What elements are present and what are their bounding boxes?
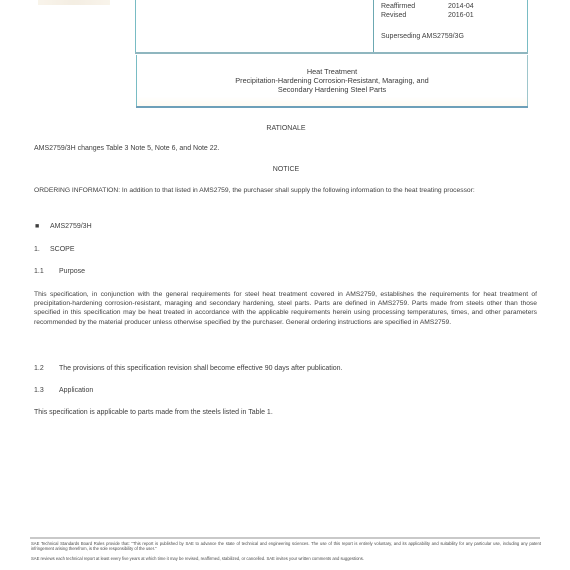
reaffirmed-label: Reaffirmed bbox=[381, 2, 415, 11]
application-text: This specification is applicable to part… bbox=[34, 408, 273, 417]
rationale-heading: RATIONALE bbox=[30, 124, 542, 133]
rationale-text: AMS2759/3H changes Table 3 Note 5, Note … bbox=[34, 144, 220, 153]
section-1-2-text: The provisions of this specification rev… bbox=[59, 364, 343, 373]
publisher-logo bbox=[38, 0, 110, 5]
revised-date: 2016-01 bbox=[448, 11, 474, 20]
section-title-scope: SCOPE bbox=[50, 245, 75, 254]
notice-heading: NOTICE bbox=[30, 165, 542, 174]
header-divider bbox=[373, 0, 374, 53]
document-subtitle-line-1: Precipitation-Hardening Corrosion-Resist… bbox=[136, 76, 528, 85]
section-title-application: Application bbox=[59, 386, 93, 395]
bullet-icon: ■ bbox=[35, 222, 39, 231]
footer-review-notice: SAE reviews each technical report at lea… bbox=[31, 556, 541, 561]
footer-disclaimer: SAE Technical Standards Board Rules prov… bbox=[31, 541, 541, 552]
ordering-information-text: ORDERING INFORMATION: In addition to tha… bbox=[34, 186, 537, 195]
section-title-purpose: Purpose bbox=[59, 267, 85, 276]
section-number: 1. bbox=[34, 245, 40, 254]
document-subtitle-line-2: Secondary Hardening Steel Parts bbox=[136, 85, 528, 94]
purpose-paragraph: This specification, in conjunction with … bbox=[34, 290, 537, 327]
revised-label: Revised bbox=[381, 11, 406, 20]
bullet-item: AMS2759/3H bbox=[50, 222, 92, 231]
header-bottom-rule bbox=[135, 52, 528, 54]
reaffirmed-date: 2014-04 bbox=[448, 2, 474, 11]
section-number: 1.1 bbox=[34, 267, 44, 276]
title-bottom-rule bbox=[136, 106, 528, 108]
section-number: 1.2 bbox=[34, 364, 44, 373]
document-title: Heat Treatment bbox=[136, 67, 528, 76]
section-number: 1.3 bbox=[34, 386, 44, 395]
footer-rule bbox=[30, 537, 540, 539]
superseding-note: Superseding AMS2759/3G bbox=[381, 32, 464, 41]
